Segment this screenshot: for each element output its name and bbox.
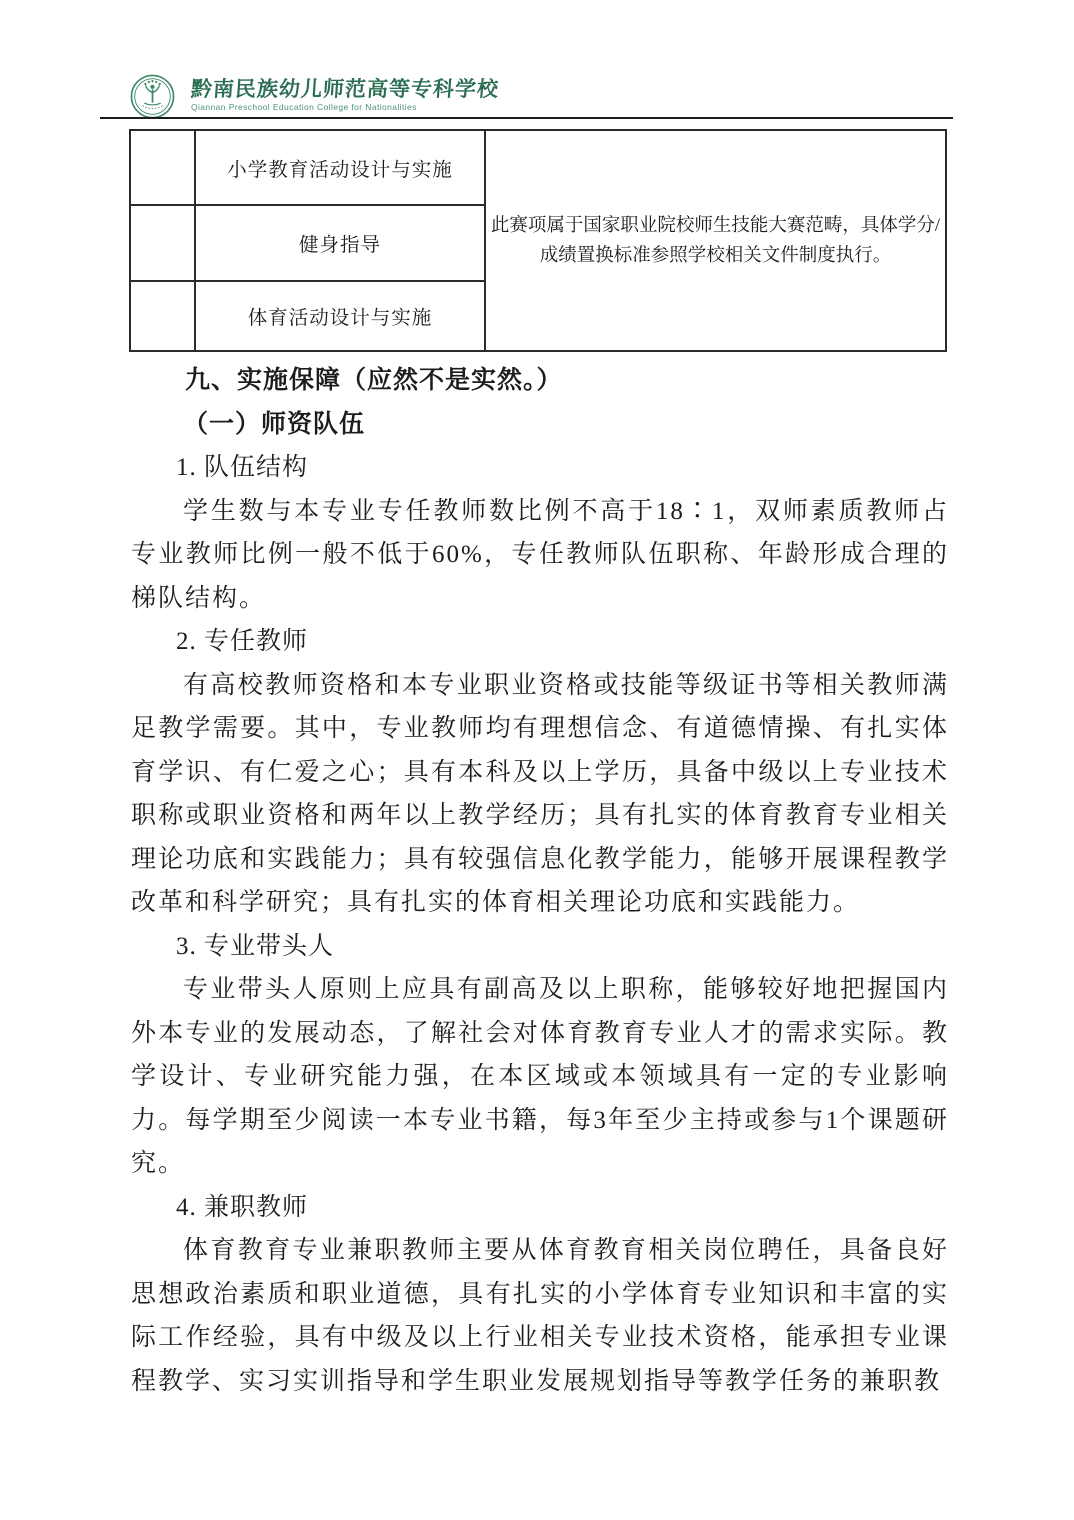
note-cell: 此赛项属于国家职业院校师生技能大赛范畴，具体学分/ 成绩置换标准参照学校相关文件… [485, 130, 946, 351]
note-line: 成绩置换标准参照学校相关文件制度执行。 [487, 241, 944, 271]
flag-cell [130, 130, 195, 205]
school-name-en: Qiannan Preschool Education College for … [191, 101, 499, 113]
item-body: 有高校教师资格和本专业职业资格或技能等级证书等相关教师满足教学需要。其中，专业教… [131, 664, 949, 925]
course-cell: 健身指导 [195, 205, 485, 281]
item-title: 2. 专任教师 [131, 620, 949, 664]
header-divider [100, 117, 953, 119]
note-line: 此赛项属于国家职业院校师生技能大赛范畴，具体学分/ [487, 211, 944, 241]
item-body: 专业带头人原则上应具有副高及以上职称，能够较好地把握国内外本专业的发展动态，了解… [131, 968, 949, 1186]
item-body: 体育教育专业兼职教师主要从体育教育相关岗位聘任，具备良好思想政治素质和职业道德，… [131, 1229, 949, 1403]
item-title: 3. 专业带头人 [131, 925, 949, 969]
page-header: 黔南民族幼儿师范高等专科学校 Qiannan Preschool Educati… [130, 74, 499, 119]
course-cell: 小学教育活动设计与实施 [195, 130, 485, 205]
school-name-block: 黔南民族幼儿师范高等专科学校 Qiannan Preschool Educati… [191, 74, 499, 113]
item-title: 4. 兼职教师 [131, 1186, 949, 1230]
table-row: 小学教育活动设计与实施 此赛项属于国家职业院校师生技能大赛范畴，具体学分/ 成绩… [130, 130, 946, 205]
document-body: 九、实施保障（应然不是实然。） （一）师资队伍 1. 队伍结构 学生数与本专业专… [131, 359, 949, 1403]
item-title: 1. 队伍结构 [131, 446, 949, 490]
flag-cell [130, 281, 195, 351]
course-cell: 体育活动设计与实施 [195, 281, 485, 351]
item-body: 学生数与本专业专任教师数比例不高于18∶1，双师素质教师占专业教师比例一般不低于… [131, 490, 949, 621]
flag-cell [130, 205, 195, 281]
school-name-cn: 黔南民族幼儿师范高等专科学校 [190, 77, 500, 101]
section-heading: 九、实施保障（应然不是实然。） [131, 359, 949, 403]
competition-course-table: 小学教育活动设计与实施 此赛项属于国家职业院校师生技能大赛范畴，具体学分/ 成绩… [129, 129, 947, 352]
subsection-heading: （一）师资队伍 [131, 403, 949, 447]
school-logo-icon [130, 74, 175, 119]
document-page: 黔南民族幼儿师范高等专科学校 Qiannan Preschool Educati… [0, 0, 1074, 1520]
